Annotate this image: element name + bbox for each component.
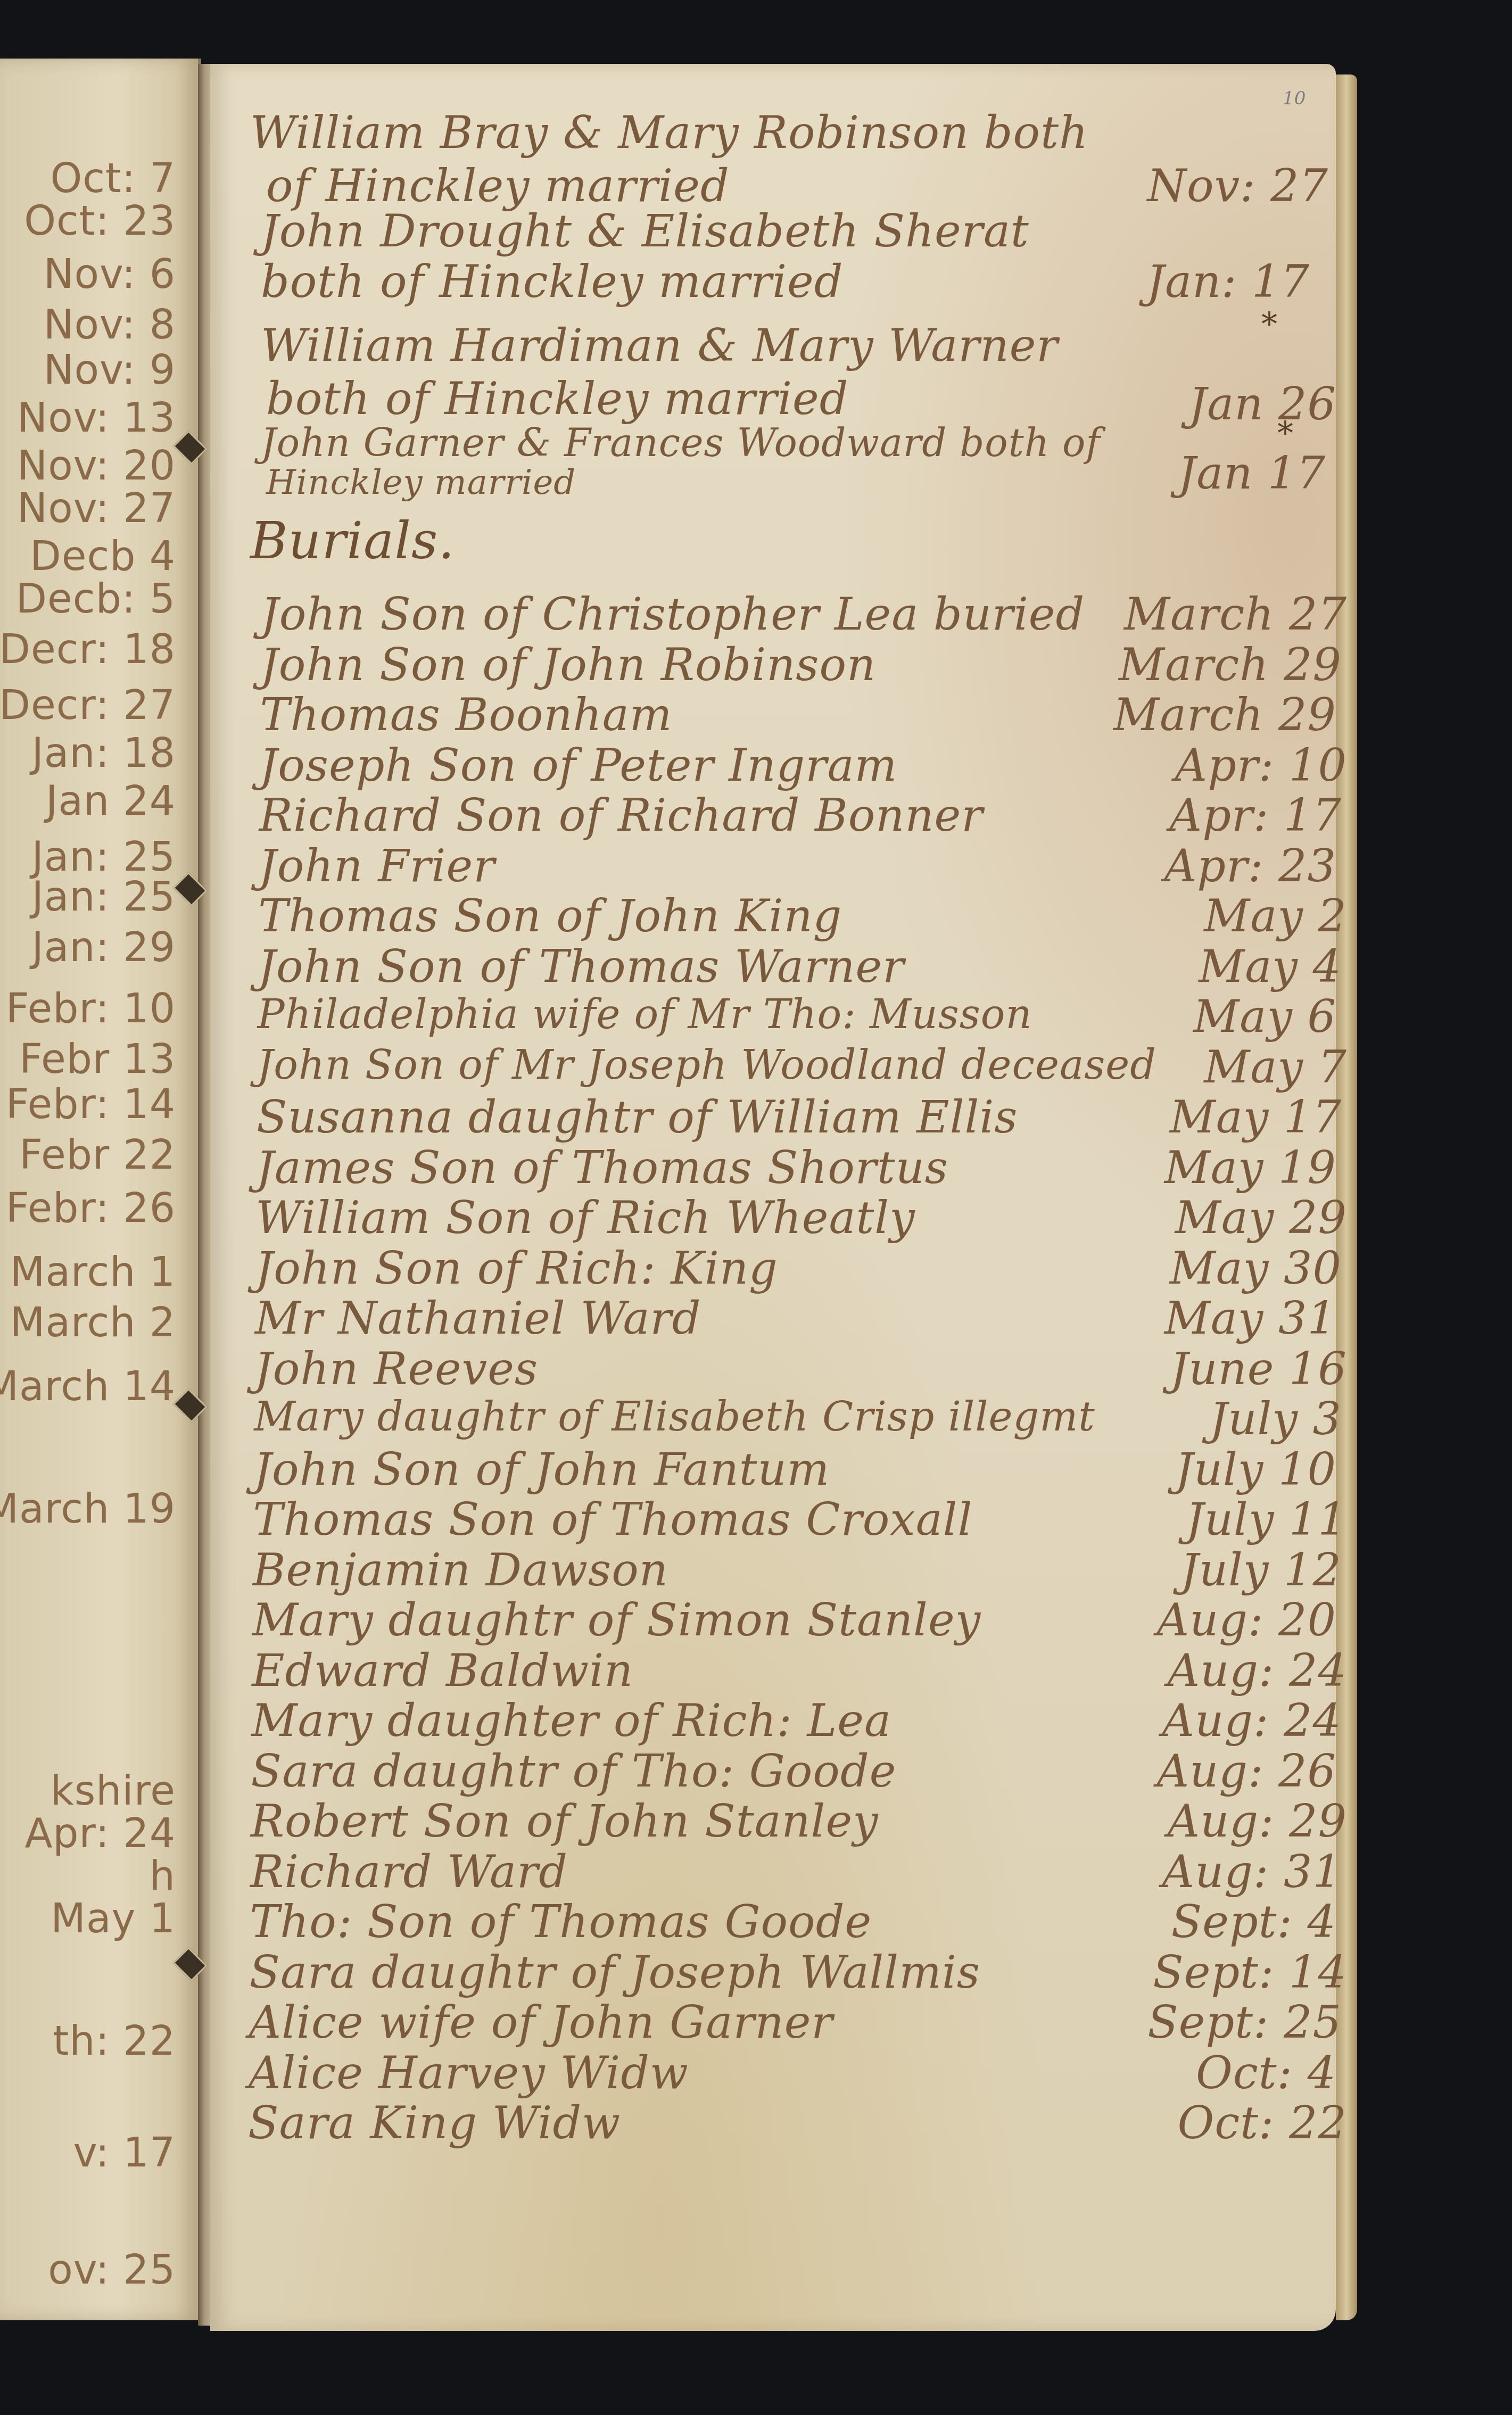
left-page-date: v: 17 <box>0 2129 176 2176</box>
burial-date: May 30 <box>1170 1242 1342 1294</box>
left-page-date: kshire <box>0 1767 176 1814</box>
burial-date: Sept: 25 <box>1147 1996 1342 2048</box>
left-page-date: Febr 22 <box>0 1131 176 1178</box>
left-page-date: Febr: 14 <box>0 1080 176 1128</box>
burial-name: Robert Son of John Stanley <box>251 1795 879 1847</box>
marriage-date: Jan: 17 <box>1146 255 1310 308</box>
burial-date: Aug: 29 <box>1168 1795 1347 1847</box>
left-page-date: Nov: 27 <box>0 484 176 532</box>
marriage-line: both of Hinckley married <box>266 373 849 425</box>
burial-name: Richard Ward <box>250 1846 568 1898</box>
burial-name: John Frier <box>259 840 495 892</box>
left-page-date: May 1 <box>0 1895 176 1942</box>
burials-heading: Burials. <box>250 511 455 570</box>
left-page-date: ov: 25 <box>0 2246 176 2293</box>
burial-date: May 29 <box>1175 1192 1347 1244</box>
burial-date: March 29 <box>1119 639 1342 691</box>
burial-name: John Son of Mr Joseph Woodland deceased <box>257 1041 1156 1088</box>
burial-name: John Son of John Fantum <box>253 1443 830 1495</box>
burial-name: Thomas Son of John King <box>258 890 842 942</box>
folio-number: 10 <box>1283 88 1306 109</box>
left-page-date: Decb: 5 <box>0 575 176 622</box>
burial-date: Sept: 4 <box>1171 1896 1336 1948</box>
left-page-date: Jan: 29 <box>0 923 176 971</box>
burial-name: Joseph Son of Peter Ingram <box>260 739 898 791</box>
burial-name: Mary daughtr of Elisabeth Crisp illegmt <box>254 1393 1095 1440</box>
left-page-date: Decr: 27 <box>0 681 176 729</box>
left-page-date: Febr: 26 <box>0 1184 176 1231</box>
left-page-date: March 2 <box>0 1299 176 1346</box>
burial-name: Mary daughtr of Simon Stanley <box>252 1594 981 1646</box>
burial-date: Aug: 24 <box>1168 1644 1347 1697</box>
burial-name: Alice wife of John Garner <box>249 1996 833 2048</box>
burial-date: May 31 <box>1164 1292 1336 1344</box>
burial-name: Philadelphia wife of Mr Tho: Musson <box>258 990 1032 1038</box>
burial-name: John Son of Thomas Warner <box>258 940 904 993</box>
burial-date: July 11 <box>1186 1493 1347 1545</box>
burial-name: Sara daughtr of Joseph Wallmis <box>249 1946 980 1998</box>
burial-date: Apr: 23 <box>1164 840 1336 892</box>
marriage-line: of Hinckley married <box>266 160 730 212</box>
marriage-line: John Garner & Frances Woodward both of <box>261 420 1101 465</box>
burial-name: Sara King Widw <box>248 2097 621 2149</box>
burial-date: June 16 <box>1170 1343 1347 1395</box>
left-page-date: Febr 13 <box>0 1035 176 1082</box>
burial-date: July 12 <box>1180 1544 1342 1596</box>
left-page-date: Oct: 7 <box>0 154 176 202</box>
left-page-date: Jan: 18 <box>0 729 176 776</box>
burial-date: May 7 <box>1204 1041 1347 1093</box>
left-page-date: March 19 <box>0 1485 176 1532</box>
left-page-date: March 14 <box>0 1362 176 1410</box>
left-page-date: th: 22 <box>0 2017 176 2064</box>
burial-date: May 4 <box>1199 940 1342 993</box>
left-page-date: Apr: 24 <box>0 1809 176 1857</box>
left-page-date: Decr: 18 <box>0 625 176 673</box>
left-page-date: Febr: 10 <box>0 985 176 1032</box>
marriage-line: John Drought & Elisabeth Sherat <box>261 205 1029 257</box>
left-page-date: Jan: 25 <box>0 873 176 920</box>
burial-name: John Son of Rich: King <box>255 1242 778 1294</box>
burial-date: Sept: 14 <box>1153 1946 1347 1998</box>
asterisk-mark: * <box>1261 306 1278 343</box>
marriage-line: both of Hinckley married <box>261 255 844 308</box>
left-page-date: Nov: 6 <box>0 250 176 297</box>
left-page-date: Oct: 23 <box>0 197 176 244</box>
burial-date: Aug: 24 <box>1162 1694 1342 1747</box>
marriage-line: William Hardiman & Mary Warner <box>261 319 1059 371</box>
burial-date: May 19 <box>1164 1142 1336 1194</box>
burial-date: May 6 <box>1193 990 1336 1043</box>
burial-date: July 10 <box>1175 1443 1336 1495</box>
burial-name: William Son of Rich Wheatly <box>255 1192 915 1244</box>
burial-date: Aug: 26 <box>1157 1745 1336 1797</box>
burial-date: March 29 <box>1113 689 1336 741</box>
asterisk-mark: * <box>1277 415 1294 452</box>
burial-date: March 27 <box>1124 588 1347 640</box>
burial-date: May 2 <box>1204 890 1347 942</box>
left-page-date: Nov: 8 <box>0 301 176 348</box>
burial-name: Thomas Boonham <box>260 689 672 741</box>
burial-date: Apr: 10 <box>1175 739 1347 791</box>
burial-name: Susanna daughtr of William Ellis <box>257 1091 1018 1143</box>
marriage-date: Nov: 27 <box>1147 160 1328 212</box>
left-page-date: Nov: 9 <box>0 346 176 393</box>
marriage-line: William Bray & Mary Robinson both <box>250 106 1088 159</box>
left-page-date: Decb 4 <box>0 532 176 580</box>
burial-name: John Son of Christopher Lea buried <box>261 588 1085 640</box>
marriage-line: Hinckley married <box>266 463 576 502</box>
burial-name: Mary daughter of Rich: Lea <box>251 1694 891 1747</box>
burial-name: Alice Harvey Widw <box>249 2047 689 2099</box>
burial-date: Aug: 31 <box>1162 1846 1342 1898</box>
burial-name: Richard Son of Richard Bonner <box>259 789 984 841</box>
burial-name: John Son of John Robinson <box>260 639 876 691</box>
burial-name: John Reeves <box>254 1343 538 1395</box>
burial-name: Tho: Son of Thomas Goode <box>250 1896 872 1948</box>
burial-name: Edward Baldwin <box>252 1644 633 1697</box>
burial-name: James Son of Thomas Shortus <box>256 1142 948 1194</box>
left-page-date: Nov: 13 <box>0 394 176 441</box>
burial-date: Oct: 4 <box>1196 2047 1336 2099</box>
burial-date: Aug: 20 <box>1157 1594 1336 1646</box>
burial-name: Benjamin Dawson <box>253 1544 668 1596</box>
marriage-date: Jan 26 <box>1189 378 1336 430</box>
left-page-date: Nov: 20 <box>0 442 176 489</box>
left-page-date: Jan 24 <box>0 777 176 824</box>
burial-date: Apr: 17 <box>1170 789 1342 841</box>
burial-name: Thomas Son of Thomas Croxall <box>253 1493 973 1545</box>
burial-name: Sara daughtr of Tho: Goode <box>251 1745 897 1797</box>
burial-date: Oct: 22 <box>1177 2097 1347 2149</box>
burial-date: July 3 <box>1210 1393 1342 1445</box>
burial-name: Mr Nathaniel Ward <box>255 1292 701 1344</box>
burial-date: May 17 <box>1170 1091 1342 1143</box>
marriage-date: Jan 17 <box>1178 447 1326 499</box>
left-page-date: March 1 <box>0 1248 176 1295</box>
left-page-date: h <box>0 1852 176 1899</box>
